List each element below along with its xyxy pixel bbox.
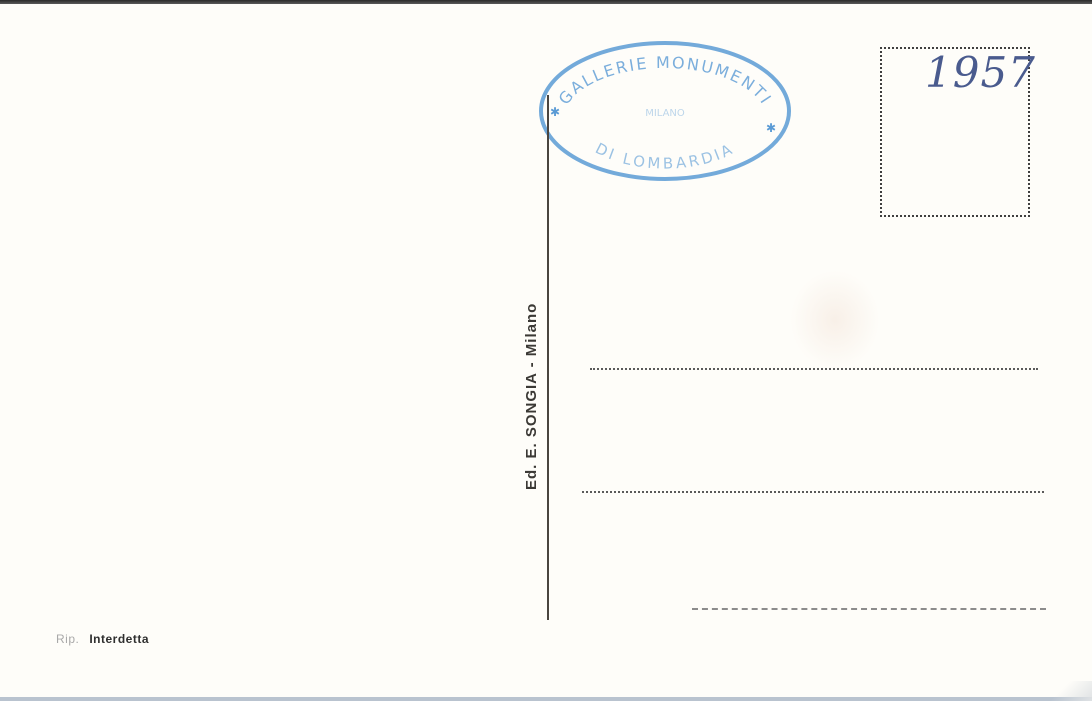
address-line <box>590 368 1038 370</box>
postcard-back: GALLERIE MONUMENTI MILANO DI LOMBARDIA ✱… <box>0 0 1092 701</box>
svg-text:✱: ✱ <box>766 121 776 135</box>
reproduction-notice: Rip.Interdetta <box>56 632 149 646</box>
handwritten-year: 1957 <box>925 48 1036 97</box>
seal-bottom-text: DI LOMBARDIA <box>592 139 737 172</box>
scan-top-edge <box>0 0 1092 4</box>
address-line <box>582 491 1044 493</box>
page-curl-shadow <box>1042 681 1092 701</box>
svg-text:DI LOMBARDIA: DI LOMBARDIA <box>592 139 737 172</box>
publisher-imprint: Ed. E. SONGIA - Milano <box>523 303 540 490</box>
paper-stain <box>790 270 880 370</box>
oval-seal-stamp: GALLERIE MONUMENTI MILANO DI LOMBARDIA ✱… <box>538 40 792 182</box>
seal-top-text: GALLERIE MONUMENTI <box>555 53 776 108</box>
notice-text: Interdetta <box>89 632 149 646</box>
scan-bottom-edge <box>0 697 1092 701</box>
notice-prefix: Rip. <box>56 632 79 646</box>
svg-text:GALLERIE MONUMENTI: GALLERIE MONUMENTI <box>555 53 776 108</box>
vertical-divider <box>547 95 549 620</box>
svg-text:✱: ✱ <box>550 105 560 119</box>
seal-middle-text: MILANO <box>645 108 685 119</box>
address-line <box>692 608 1046 610</box>
